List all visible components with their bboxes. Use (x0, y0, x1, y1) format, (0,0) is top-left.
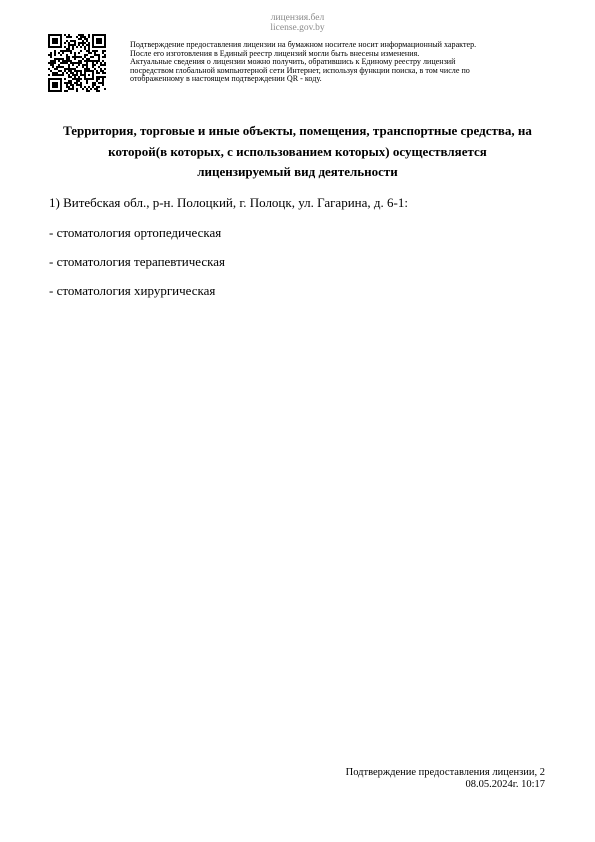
heading-line: лицензируемый вид деятельности (30, 162, 565, 183)
address-line: 1) Витебская обл., р-н. Полоцкий, г. Пол… (49, 195, 408, 210)
footer-timestamp: 08.05.2024г. 10:17 (346, 779, 545, 791)
activity-item: - стоматология хирургическая (49, 283, 215, 298)
site-address-latin: license.gov.by (0, 23, 595, 33)
page-footer: Подтверждение предоставления лицензии, 2… (346, 767, 545, 790)
site-address: лицензия.бел license.gov.by (0, 13, 595, 33)
qr-code-icon (48, 34, 106, 92)
activity-item: - стоматология терапевтическая (49, 254, 225, 269)
disclaimer-notice: Подтверждение предоставления лицензии на… (130, 41, 570, 84)
heading-line: Территория, торговые и иные объекты, пом… (30, 121, 565, 142)
section-heading: Территория, торговые и иные объекты, пом… (30, 121, 565, 183)
site-address-cyrillic: лицензия.бел (0, 13, 595, 23)
footer-document-label: Подтверждение предоставления лицензии, 2 (346, 767, 545, 779)
notice-line: отображенному в настоящем подтверждении … (130, 75, 570, 84)
activity-item: - стоматология ортопедическая (49, 225, 221, 240)
heading-line: которой(в которых, с использованием кото… (30, 142, 565, 163)
